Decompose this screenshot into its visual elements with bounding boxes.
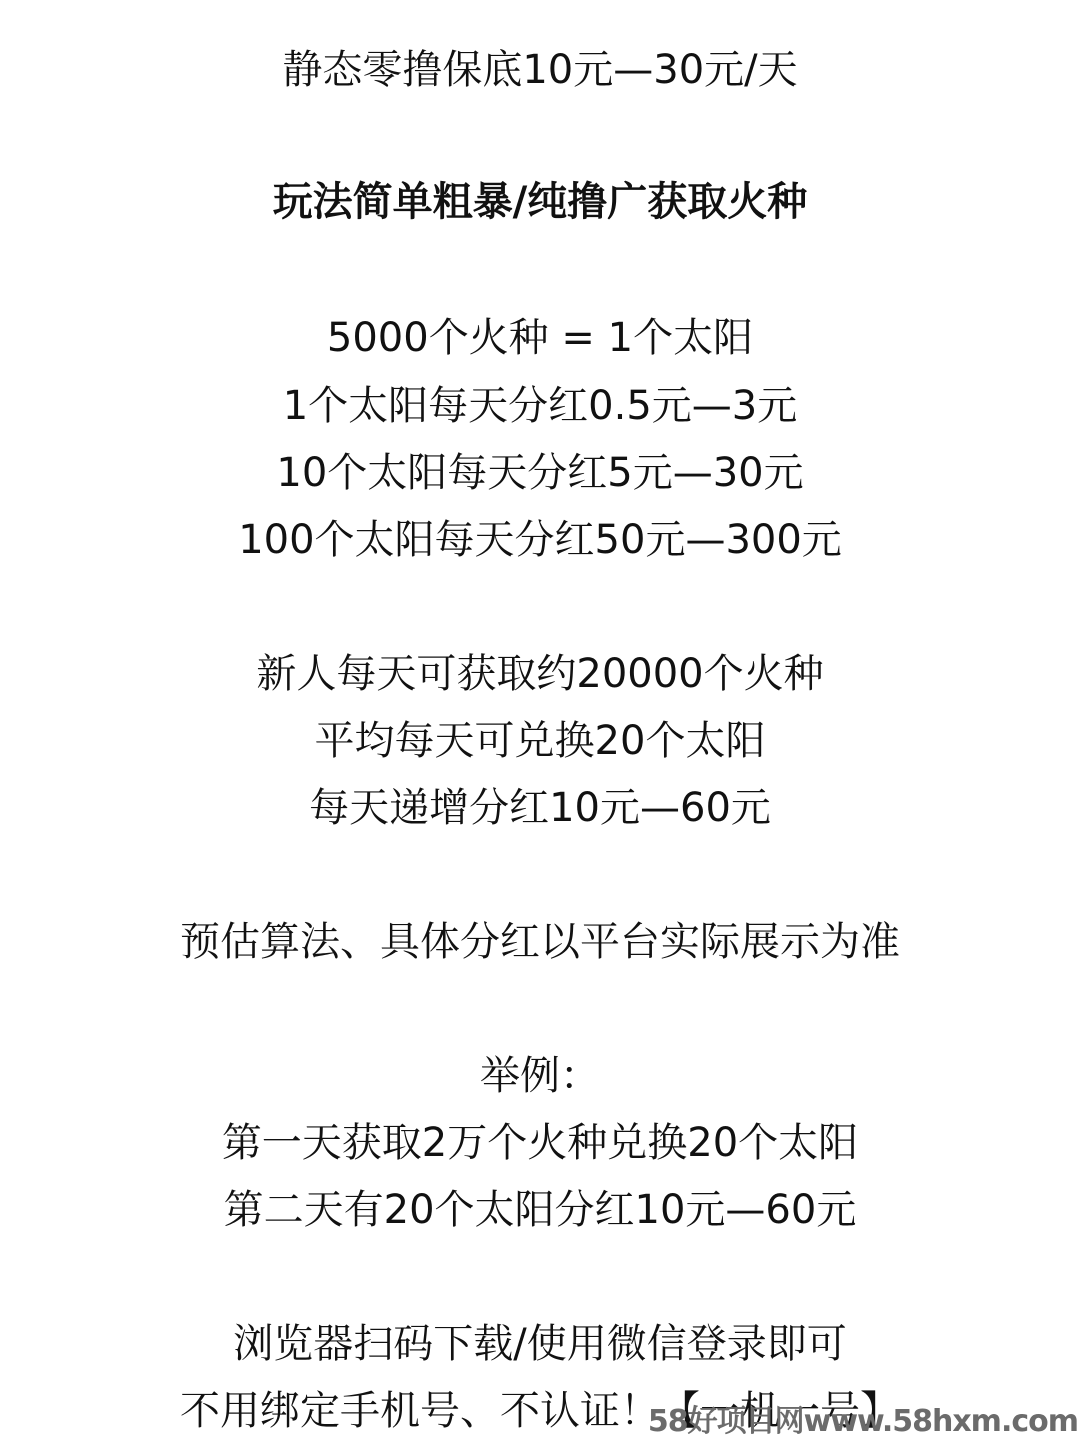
rate-line-100-sun: 100个太阳每天分红50元—300元 <box>0 510 1080 570</box>
example-line-day2: 第二天有20个太阳分红10元—60元 <box>0 1180 1080 1240</box>
disclaimer-line: 预估算法、具体分红以平台实际展示为准 <box>0 912 1080 972</box>
rate-line-conversion: 5000个火种 = 1个太阳 <box>0 308 1080 368</box>
instruction-line-download: 浏览器扫码下载/使用微信登录即可 <box>0 1314 1080 1374</box>
newbie-line-daily-seeds: 新人每天可获取约20000个火种 <box>0 644 1080 704</box>
rate-line-10-sun: 10个太阳每天分红5元—30元 <box>0 443 1080 503</box>
newbie-line-daily-suns: 平均每天可兑换20个太阳 <box>0 711 1080 771</box>
headline-gameplay: 玩法简单粗暴/纯撸广获取火种 <box>0 172 1080 232</box>
rate-line-1-sun: 1个太阳每天分红0.5元—3元 <box>0 376 1080 436</box>
headline-static-earning: 静态零撸保底10元—30元/天 <box>0 40 1080 100</box>
watermark: 58好项目网www.58hxm.com <box>648 1402 1078 1442</box>
example-line-day1: 第一天获取2万个火种兑换20个太阳 <box>0 1113 1080 1173</box>
example-heading: 举例： <box>0 1046 1080 1106</box>
newbie-line-daily-dividend: 每天递增分红10元—60元 <box>0 778 1080 838</box>
